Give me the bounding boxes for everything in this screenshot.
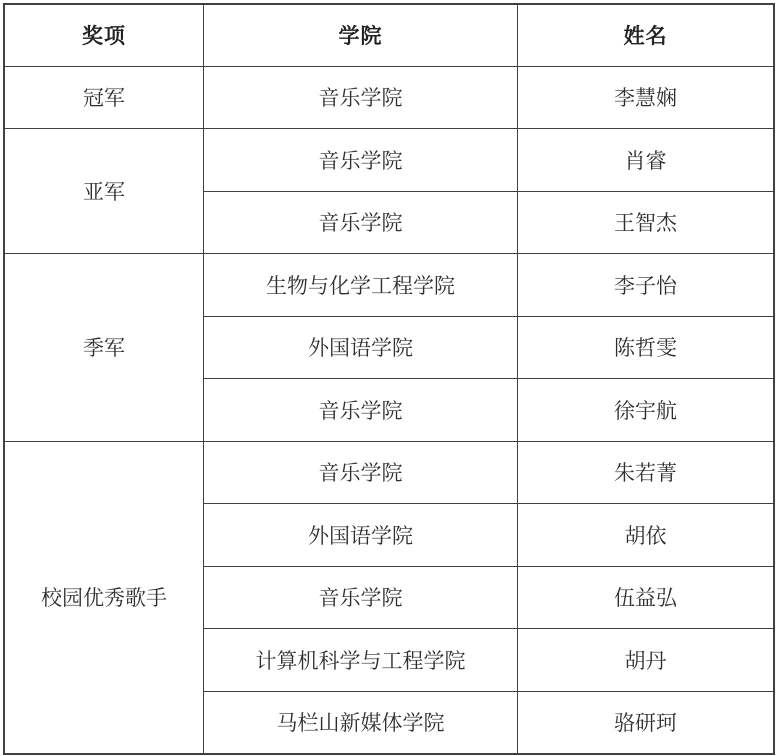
college-cell: 外国语学院 (203, 316, 517, 379)
college-cell: 生物与化学工程学院 (203, 254, 517, 317)
college-cell: 音乐学院 (203, 191, 517, 254)
award-cell-champion: 冠军 (4, 66, 203, 129)
header-college: 学院 (203, 4, 517, 66)
name-cell: 伍益弘 (518, 566, 774, 629)
college-cell: 音乐学院 (203, 66, 517, 129)
award-results-table: 奖项 学院 姓名 冠军 音乐学院 李慧娴 亚军 音乐学院 肖睿 音乐学院 王智杰… (3, 3, 775, 755)
college-cell: 音乐学院 (203, 441, 517, 504)
college-cell: 马栏山新媒体学院 (203, 691, 517, 754)
college-cell: 音乐学院 (203, 379, 517, 442)
header-award: 奖项 (4, 4, 203, 66)
name-cell: 胡依 (518, 504, 774, 567)
name-cell: 朱若菁 (518, 441, 774, 504)
name-cell: 李子怡 (518, 254, 774, 317)
table-row: 亚军 音乐学院 肖睿 (4, 129, 774, 192)
name-cell: 肖睿 (518, 129, 774, 192)
header-name: 姓名 (518, 4, 774, 66)
college-cell: 音乐学院 (203, 129, 517, 192)
table-row: 季军 生物与化学工程学院 李子怡 (4, 254, 774, 317)
name-cell: 胡丹 (518, 629, 774, 692)
name-cell: 李慧娴 (518, 66, 774, 129)
college-cell: 计算机科学与工程学院 (203, 629, 517, 692)
name-cell: 王智杰 (518, 191, 774, 254)
header-row: 奖项 学院 姓名 (4, 4, 774, 66)
college-cell: 音乐学院 (203, 566, 517, 629)
award-cell-runner-up: 亚军 (4, 129, 203, 254)
table-row: 冠军 音乐学院 李慧娴 (4, 66, 774, 129)
award-cell-outstanding-singer: 校园优秀歌手 (4, 441, 203, 754)
table-row: 校园优秀歌手 音乐学院 朱若菁 (4, 441, 774, 504)
college-cell: 外国语学院 (203, 504, 517, 567)
award-cell-third-place: 季军 (4, 254, 203, 442)
name-cell: 骆研珂 (518, 691, 774, 754)
name-cell: 陈哲雯 (518, 316, 774, 379)
name-cell: 徐宇航 (518, 379, 774, 442)
